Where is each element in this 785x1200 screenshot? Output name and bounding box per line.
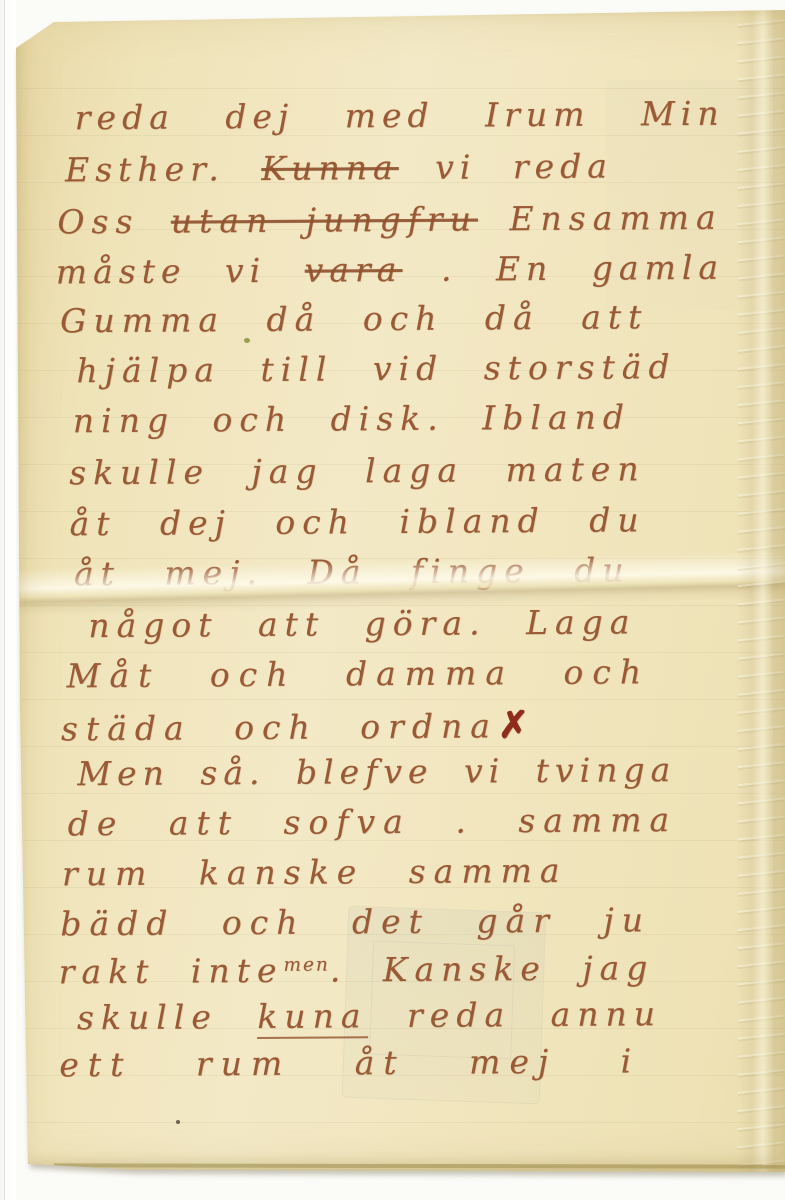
handwriting-line-11: något att göra. Laga	[88, 602, 636, 645]
handwriting-segment: rum kanske samma	[62, 851, 568, 894]
letter-paper-shadow: reda dej med Irum MinEsther. Kunna vi re…	[0, 0, 785, 1200]
handwriting-line-2: Esther. Kunna vi reda	[65, 147, 613, 190]
x-annotation-mark: ✗	[498, 702, 537, 746]
handwriting-segment: reda annu	[367, 994, 662, 1035]
handwriting-line-19: skulle kuna reda annu	[77, 994, 662, 1037]
handwriting-line-5: Gumma då och då att	[60, 297, 648, 340]
handwriting-segment: måste vi	[56, 251, 305, 292]
handwriting-segment: Esther.	[65, 149, 261, 189]
handwriting-segment: ett rum åt mej i	[59, 1041, 640, 1084]
handwriting-segment: Måt och damma och	[66, 652, 650, 695]
handwriting-segment: de att sofva . samma	[67, 800, 677, 843]
handwriting-line-12: Måt och damma och	[66, 652, 650, 695]
handwriting-segment: bädd och det går ju	[60, 900, 651, 943]
handwriting-line-20: ett rum åt mej i	[59, 1041, 640, 1084]
handwriting-line-13: städa och ordna✗	[61, 702, 537, 749]
handwriting-segment: Men så. blefve vi tvinga	[77, 750, 676, 793]
handwriting-segment: Ensamma	[478, 198, 723, 239]
handwriting-segment: Gumma då och då att	[60, 297, 648, 340]
handwriting-segment: rakt inte	[59, 951, 284, 992]
handwriting-segment: städa och ordna	[61, 706, 498, 748]
handwriting-line-10: åt mej. Då finge du	[74, 550, 631, 593]
handwriting-line-15: de att sofva . samma	[67, 800, 677, 843]
handwriting-line-9: åt dej och ibland du	[69, 500, 645, 543]
handwriting-line-8: skulle jag laga maten	[69, 449, 646, 492]
handwriting-segment: ning och disk. Ibland	[73, 397, 631, 440]
handwriting-line-7: ning och disk. Ibland	[73, 397, 631, 440]
handwriting-segment: vi reda	[398, 147, 613, 187]
handwriting-line-16: rum kanske samma	[62, 851, 568, 894]
handwriting-segment: . En gamla	[402, 248, 724, 289]
underlined-word: kuna	[257, 996, 367, 1039]
handwriting-segment: skulle	[77, 997, 258, 1037]
struck-out-word: utan jungfru	[171, 199, 478, 240]
handwriting-segment: reda dej med Irum Min	[75, 94, 725, 138]
inserted-word-above-line: men	[283, 954, 329, 975]
handwriting-segment: skulle jag laga maten	[69, 449, 646, 492]
handwriting-line-14: Men så. blefve vi tvinga	[77, 750, 676, 793]
struck-out-word: vara	[304, 250, 402, 290]
handwriting-text-block: reda dej med Irum MinEsther. Kunna vi re…	[10, 7, 785, 1174]
handwriting-segment: åt mej. Då finge du	[74, 550, 631, 593]
handwriting-line-17: bädd och det går ju	[60, 900, 651, 943]
letter-paper: reda dej med Irum MinEsther. Kunna vi re…	[14, 10, 785, 1172]
handwriting-line-3: Oss utan jungfru Ensamma	[57, 198, 722, 242]
handwriting-segment: åt dej och ibland du	[69, 500, 645, 543]
handwriting-line-4: måste vi vara . En gamla	[56, 248, 725, 292]
handwriting-line-1: reda dej med Irum Min	[75, 94, 725, 138]
handwriting-segment: Oss	[57, 202, 171, 242]
handwriting-line-6: hjälpa till vid storstäd	[76, 347, 676, 390]
scanned-letter-page: reda dej med Irum MinEsther. Kunna vi re…	[0, 0, 785, 1200]
handwriting-segment: något att göra. Laga	[88, 602, 636, 645]
handwriting-segment: . Kanske jag	[330, 948, 655, 989]
struck-out-word: Kunna	[261, 148, 399, 188]
handwriting-line-18: rakt intemen. Kanske jag	[59, 948, 655, 991]
handwriting-segment: hjälpa till vid storstäd	[76, 347, 676, 390]
